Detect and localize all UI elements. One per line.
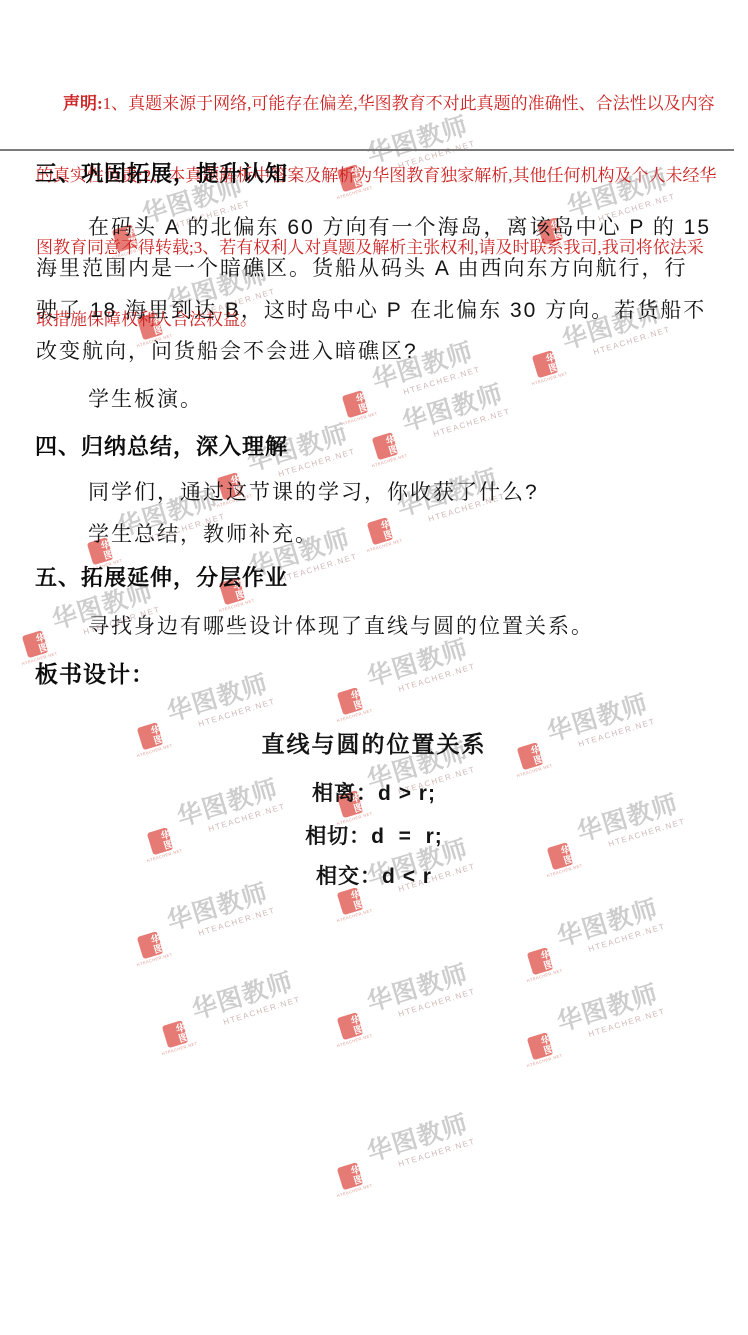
formula-intersect: 相交：d < r [0,866,748,887]
body-line: 在码头 A 的北偏东 60 方向有一个海岛，离该岛中心 P 的 15 [88,217,711,238]
section-heading-consolidate: 三、巩固拓展，提升认知 [35,163,288,185]
body-line: 海里范围内是一个暗礁区。货船从码头 A 由西向东方向航行，行 [36,258,688,279]
body-line: 学生总结，教师补充。 [88,524,318,545]
body-line: 驶了 18 海里到达 B，这时岛中心 P 在北偏东 30 方向。若货船不 [36,300,706,321]
body-line: 寻找身边有哪些设计体现了直线与圆的位置关系。 [88,616,594,637]
document-page: 华图HTEACHER.NET华图教师HTEACHER.NET华图HTEACHER… [0,0,748,1335]
divider-line [0,149,734,151]
formula-tangent: 相切：d = r; [0,826,748,847]
section-heading-extension: 五、拓展延伸，分层作业 [35,567,288,589]
body-line: 改变航向，问货船会不会进入暗礁区? [36,341,418,362]
disclaimer-line-text: 1、真题来源于网络,可能存在偏差,华图教育不对此真题的准确性、合法性以及内容 [103,94,715,113]
board-title: 直线与圆的位置关系 [0,733,748,756]
section-heading-summary: 四、归纳总结，深入理解 [35,436,288,458]
body-line: 学生板演。 [88,389,203,410]
body-line: 同学们，通过这节课的学习，你收获了什么? [88,482,539,503]
formula-separate: 相离：d > r; [0,783,748,804]
disclaimer-label: 声明: [63,94,103,113]
document-content: 声明:1、真题来源于网络,可能存在偏差,华图教育不对此真题的准确性、合法性以及内… [0,0,748,1335]
disclaimer-line: 声明:1、真题来源于网络,可能存在偏差,华图教育不对此真题的准确性、合法性以及内… [36,92,726,116]
disclaimer-notice: 声明:1、真题来源于网络,可能存在偏差,华图教育不对此真题的准确性、合法性以及内… [36,44,726,380]
board-design-heading: 板书设计： [35,663,155,686]
